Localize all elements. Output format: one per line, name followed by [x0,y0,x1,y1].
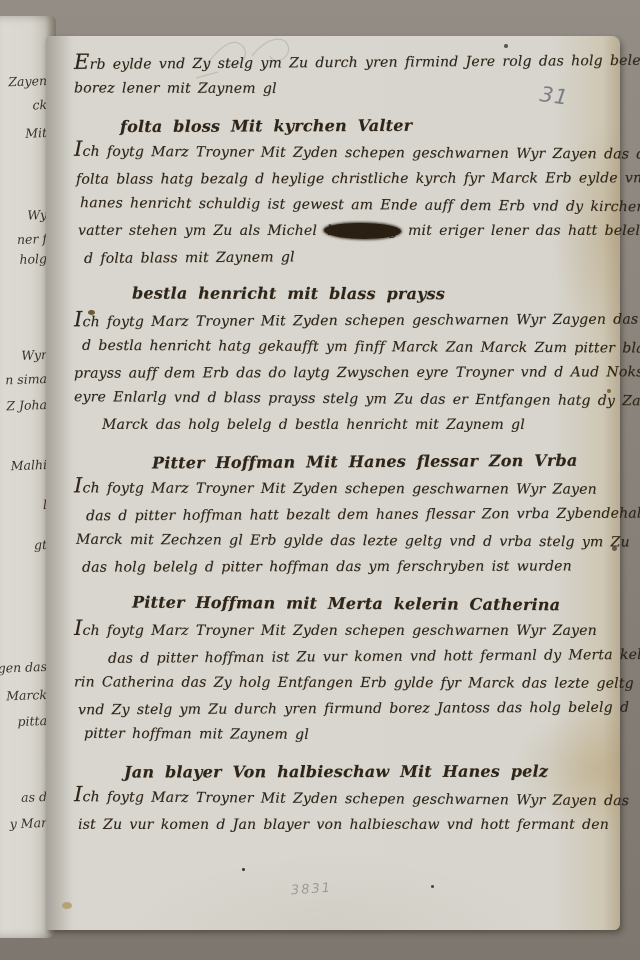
entry-heading: folta bloss Mit kyrchen Valter [120,111,598,141]
manuscript-line: Ich foytg Marz Troyner Mit Zyden schepen… [74,784,598,814]
margin-text-fragment: Wyr [0,347,47,364]
binding-gutter-shadow [46,36,72,930]
margin-text-fragment: Malhi [0,457,47,474]
manuscript-line: folta blass hatg bezalg d heylige christ… [76,165,598,192]
foxing-spot [242,868,245,871]
foxing-spot [504,44,508,48]
manuscript-line: ist Zu vur komen d Jan blayer von halbie… [78,812,598,838]
entry-heading: Pitter Hoffman Mit Hanes flessar Zon Vrb… [152,447,598,478]
ink-blot: buerpfleg [324,223,401,239]
manuscript-line: Ich foytg Marz Troyner Mit Zyden schepen… [74,139,598,168]
margin-text-fragment: holg [0,251,47,268]
margin-text-fragment: Z Joha [0,397,47,414]
manuscript-line: hanes henricht schuldig ist gewest am En… [80,190,598,220]
manuscript-page: 31 Erb eylde vnd Zy stelg ym Zu durch yr… [46,36,620,930]
manuscript-line: d folta blass mit Zaynem gl [84,242,598,272]
manuscript-line: d bestla henricht hatg gekaufft ym finff… [82,333,598,362]
line-text: vatter stehen ym Zu als Michel [78,223,324,239]
manuscript-line: vatter stehen ym Zu als Michel buerpfleg… [78,218,598,244]
entry-heading: Pitter Hoffman mit Merta kelerin Catheri… [132,589,598,620]
margin-text-fragment: n sima [0,371,47,388]
margin-text-fragment: ner f [0,231,47,248]
manuscript-line: pitter hoffman mit Zaynem gl [84,721,598,750]
margin-text-fragment: as d [0,789,47,806]
margin-text-fragment: Marck [0,687,47,704]
entry-heading: bestla henricht mit blass prayss [132,280,598,309]
margin-text-fragment: l [0,497,47,514]
line-text: mit eriger lener das hatt belelg [401,223,640,239]
margin-text-fragment: gt [0,537,47,554]
entry-heading: Jan blayer Von halbieschaw Mit Hanes pel… [124,758,598,787]
ink-spot [88,310,95,315]
margin-text-fragment: Mit [0,125,47,142]
manuscript-line: rin Catherina das Zy holg Entfangen Erb … [74,669,598,696]
foxing-spot [588,154,591,157]
manuscript-line: das holg belelg d pitter hoffman das ym … [82,553,598,580]
catalog-number-pencil: 3831 [291,881,333,899]
manuscript-line: das d pitter hoffman hatt bezalt dem han… [86,501,598,530]
manuscript-line: Ich foytg Marz Troyner Mit Zyden schepen… [74,307,598,336]
manuscript-line: borez lener mit Zaynem gl [74,75,598,102]
manuscript-line: Ich foytg Marz Troyner Mit Zyden schepen… [74,618,598,644]
stain-spot [62,902,72,909]
manuscript-line: das d pitter hoffman ist Zu vur komen vn… [108,642,598,672]
margin-text-fragment: pitta [0,713,47,730]
manuscript-line: Erb eylde vnd Zy stelg ym Zu durch yren … [74,48,598,78]
manuscript-line: Ich foytg Marz Troyner Mit Zyden schepen… [74,475,598,502]
foxing-spot [607,389,611,393]
manuscript-line: Marck das holg belelg d bestla henricht … [102,412,598,438]
foxing-spot [612,546,617,551]
margin-text-fragment: Zayen [0,73,47,90]
manuscript-line: eyre Enlarlg vnd d blass prayss stelg ym… [74,384,598,414]
manuscript-photo: ZayenckMitWyner fholgWyrn simaZ JohaMalh… [0,0,640,960]
margin-text-fragment: ck [0,97,47,114]
manuscript-line: vnd Zy stelg ym Zu durch yren firmund bo… [78,695,598,724]
manuscript-text: Erb eylde vnd Zy stelg ym Zu durch yren … [74,50,598,838]
manuscript-line: prayss auff dem Erb das do laytg Zwysche… [74,359,598,386]
manuscript-line: Marck mit Zechzen gl Erb gylde das lezte… [76,527,598,556]
margin-text-fragment: Wy [0,207,47,224]
margin-text-fragment: gen das [0,659,47,676]
margin-text-fragment: y Mar [0,815,47,832]
foxing-spot [431,885,434,888]
